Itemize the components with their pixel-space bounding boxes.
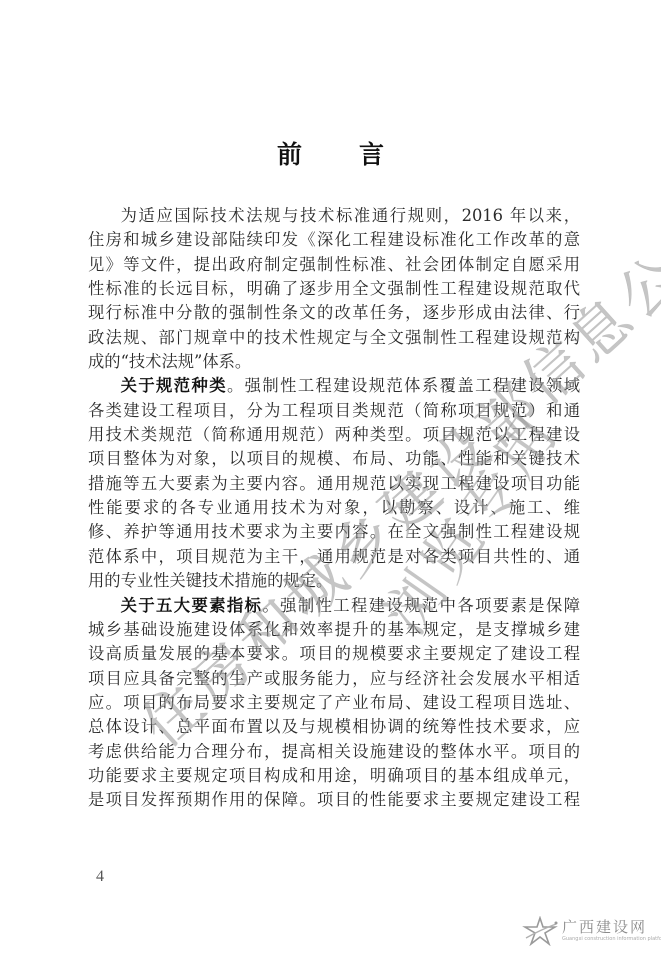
- page-number: 4: [96, 868, 104, 886]
- text-line: 关于规范种类。强制性工程建设规范体系覆盖工程建设领域: [88, 374, 580, 398]
- body-text: 为适应国际技术法规与技术标准通行规则，2016 年以来， 住房和城乡建设部陆续印…: [88, 204, 580, 813]
- text-line: 政法规、部门规章中的技术性规定与全文强制性工程建设规范构: [88, 326, 580, 350]
- text-line: 范体系中，项目规范为主干，通用规范是对各类项目共性的、通: [88, 545, 580, 569]
- text-line: 为适应国际技术法规与技术标准通行规则，2016 年以来，: [88, 204, 580, 228]
- site-logo: 广西建设网 Guangxi construction information p…: [522, 914, 657, 948]
- text-line: 各类建设工程项目，分为工程项目类规范（简称项目规范）和通: [88, 399, 580, 423]
- paragraph-spec-types: 关于规范种类。强制性工程建设规范体系覆盖工程建设领域 各类建设工程项目，分为工程…: [88, 374, 580, 593]
- paragraph-five-elements: 关于五大要素指标。强制性工程建设规范中各项要素是保障 城乡基础设施建设体系化和效…: [88, 594, 580, 813]
- text-line: 项目应具备完整的生产或服务能力，应与经济社会发展水平相适: [88, 667, 580, 691]
- lead-rest: 。强制性工程建设规范体系覆盖工程建设领域: [227, 376, 580, 395]
- text-line: 性能要求的各专业通用技术为对象，以勘察、设计、施工、维: [88, 496, 580, 520]
- text-line: 应。项目的布局要求主要规定了产业布局、建设工程项目选址、: [88, 691, 580, 715]
- text-line: 项目整体为对象，以项目的规模、布局、功能、性能和关键技术: [88, 447, 580, 471]
- section-lead-five-elements: 关于五大要素指标: [121, 596, 263, 615]
- text-line: 措施等五大要素为主要内容。通用规范以实现工程建设项目功能: [88, 472, 580, 496]
- text-line: 用的专业性关键技术措施的规定。: [88, 569, 580, 593]
- section-lead-spec-types: 关于规范种类: [121, 376, 227, 395]
- title-char-1: 前: [277, 135, 302, 171]
- lead-rest: 。强制性工程建设规范中各项要素是保障: [262, 596, 580, 615]
- text-line: 修、养护等通用技术要求为主要内容。在全文强制性工程建设规: [88, 520, 580, 544]
- text-line: 关于五大要素指标。强制性工程建设规范中各项要素是保障: [88, 594, 580, 618]
- text-line: 是项目发挥预期作用的保障。项目的性能要求主要规定建设工程: [88, 788, 580, 812]
- text-line: 成的“技术法规”体系。: [88, 350, 580, 374]
- page-title: 前言: [0, 135, 661, 171]
- logo-subtitle: Guangxi construction information platfor…: [562, 936, 661, 942]
- text-line: 用技术类规范（简称通用规范）两种类型。项目规范以工程建设: [88, 423, 580, 447]
- logo-name: 广西建设网: [562, 916, 647, 937]
- text-line: 见》等文件，提出政府制定强制性标准、社会团体制定自愿采用: [88, 253, 580, 277]
- document-page: 前言 为适应国际技术法规与技术标准通行规则，2016 年以来， 住房和城乡建设部…: [0, 0, 661, 958]
- text-line: 现行标准中分散的强制性条文的改革任务，逐步形成由法律、行: [88, 301, 580, 325]
- text-line: 总体设计、总平面布置以及与规模相协调的统筹性技术要求，应: [88, 715, 580, 739]
- star-logo-icon: [522, 916, 558, 946]
- text-line: 功能要求主要规定项目构成和用途，明确项目的基本组成单元，: [88, 764, 580, 788]
- title-char-2: 言: [359, 135, 384, 171]
- text-line: 设高质量发展的基本要求。项目的规模要求主要规定了建设工程: [88, 642, 580, 666]
- paragraph-intro: 为适应国际技术法规与技术标准通行规则，2016 年以来， 住房和城乡建设部陆续印…: [88, 204, 580, 374]
- text-line: 考虑供给能力合理分布，提高相关设施建设的整体水平。项目的: [88, 740, 580, 764]
- text-line: 住房和城乡建设部陆续印发《深化工程建设标准化工作改革的意: [88, 228, 580, 252]
- text-line: 城乡基础设施建设体系化和效率提升的基本规定，是支撑城乡建: [88, 618, 580, 642]
- text-line: 性标准的长远目标，明确了逐步用全文强制性工程建设规范取代: [88, 277, 580, 301]
